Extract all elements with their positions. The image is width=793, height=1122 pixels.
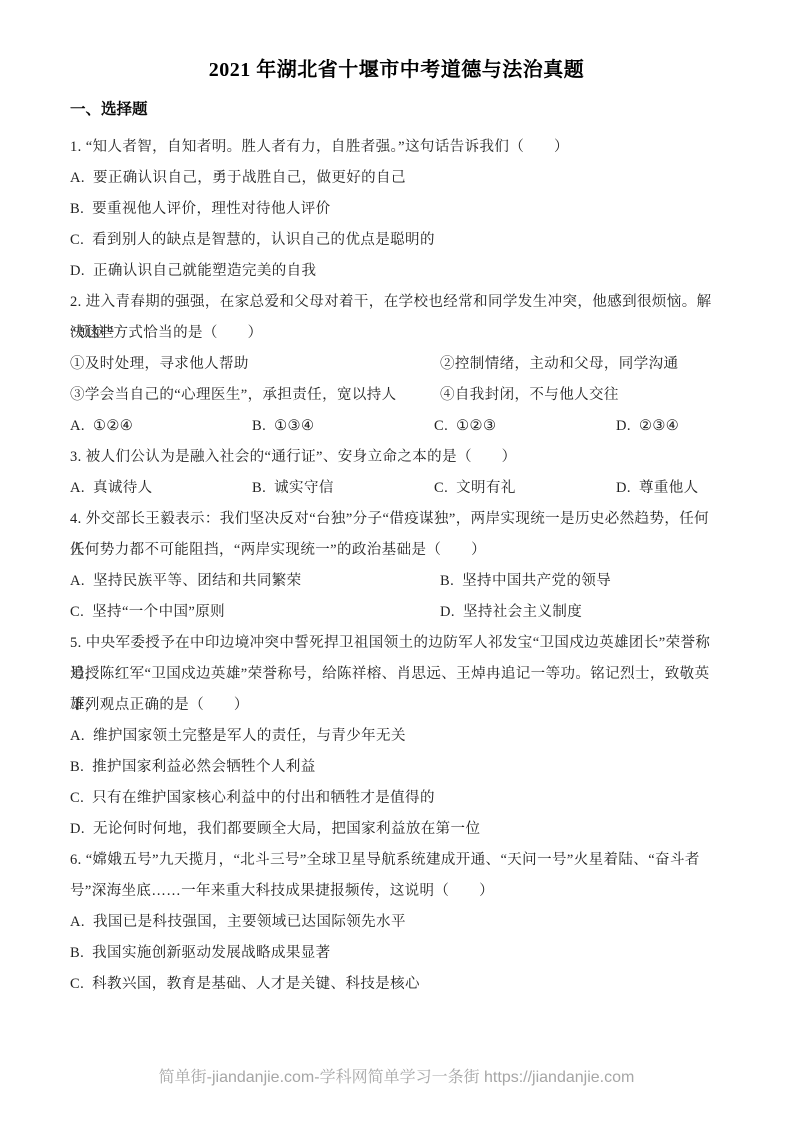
question-4-options-row-2: C. 坚持“一个中国”原则 D. 坚持社会主义制度: [70, 597, 723, 628]
question-2-stem-line-1: 2. 进入青春期的强强，在家总爱和父母对着干，在学校也经常和同学发生冲突，他感到…: [70, 287, 723, 318]
question-1-option-d: D. 正确认识自己就能塑造完美的自我: [70, 256, 723, 287]
exam-document-page: 2021 年湖北省十堰市中考道德与法治真题 一、选择题 1. “知人者智，自知者…: [0, 0, 793, 1122]
question-2-item-4: ④自我封闭，不与他人交往: [440, 380, 723, 411]
question-5-option-b: B. 推护国家利益必然会牺牲个人利益: [70, 752, 723, 783]
question-4-option-a: A. 坚持民族平等、团结和共同繁荣: [70, 566, 440, 597]
page-title: 2021 年湖北省十堰市中考道德与法治真题: [0, 0, 793, 83]
footer-watermark: 简单街-jiandanjie.com-学科网简单学习一条街 https://ji…: [0, 1066, 793, 1090]
question-2-item-3: ③学会当自己的“心理医生”，承担责任，宽以持人: [70, 380, 440, 411]
question-2-numbered-items-row-2: ③学会当自己的“心理医生”，承担责任，宽以持人 ④自我封闭，不与他人交往: [70, 380, 723, 411]
question-3-option-d: D. 尊重他人: [616, 473, 723, 504]
question-1-option-a: A. 要正确认识自己，勇于战胜自己，做更好的自己: [70, 163, 723, 194]
question-4-options-row-1: A. 坚持民族平等、团结和共同繁荣 B. 坚持中国共产党的领导: [70, 566, 723, 597]
question-1-option-b: B. 要重视他人评价，理性对待他人评价: [70, 194, 723, 225]
question-1-option-c: C. 看到别人的缺点是智慧的，认识自己的优点是聪明的: [70, 225, 723, 256]
question-1-stem: 1. “知人者智，自知者明。胜人者有力，自胜者强。”这句话告诉我们（ ）: [70, 132, 723, 163]
question-5-stem-line-1: 5. 中央军委授予在中印边境冲突中誓死捍卫祖国领土的边防军人祁发宝“卫国戍边英雄…: [70, 628, 723, 659]
question-5-option-a: A. 维护国家领土完整是军人的责任，与青少年无关: [70, 721, 723, 752]
question-3-stem: 3. 被人们公认为是融入社会的“通行证”、安身立命之本的是（ ）: [70, 442, 723, 473]
question-3-option-a: A. 真诚待人: [70, 473, 252, 504]
question-2-options-row: A. ①②④ B. ①③④ C. ①②③ D. ②③④: [70, 411, 723, 442]
question-4-option-d: D. 坚持社会主义制度: [440, 597, 723, 628]
question-6-option-c: C. 科教兴国，教育是基础、人才是关键、科技是核心: [70, 969, 723, 1000]
question-5-stem-line-2: 追授陈红军“卫国戍边英雄”荣誉称号，给陈祥榕、肖思远、王焯冉追记一等功。铭记烈士…: [70, 659, 723, 690]
question-3-options-row: A. 真诚待人 B. 诚实守信 C. 文明有礼 D. 尊重他人: [70, 473, 723, 504]
question-4-option-c: C. 坚持“一个中国”原则: [70, 597, 440, 628]
question-4-option-b: B. 坚持中国共产党的领导: [440, 566, 723, 597]
section-heading-multiple-choice: 一、选择题: [70, 99, 723, 121]
question-5-stem-line-3: 下列观点正确的是（ ）: [70, 690, 723, 721]
question-6-option-a: A. 我国已是科技强国，主要领域已达国际领先水平: [70, 907, 723, 938]
question-2-item-1: ①及时处理，寻求他人帮助: [70, 349, 440, 380]
question-2-option-c: C. ①②③: [434, 411, 616, 442]
question-6-stem-line-1: 6. “嫦娥五号”九天揽月，“北斗三号”全球卫星导航系统建成开通、“天问一号”火…: [70, 845, 723, 876]
question-5-option-d: D. 无论何时何地，我们都要顾全大局，把国家利益放在第一位: [70, 814, 723, 845]
question-2-stem-line-2: “烦恼”方式恰当的是（ ）: [70, 318, 723, 349]
question-4-stem-line-1: 4. 外交部长王毅表示：我们坚决反对“台独”分子“借疫谋独”，两岸实现统一是历史…: [70, 504, 723, 535]
question-6-stem-line-2: 号”深海坐底……一年来重大科技成果捷报频传，这说明（ ）: [70, 876, 723, 907]
question-2-option-d: D. ②③④: [616, 411, 723, 442]
question-3-option-c: C. 文明有礼: [434, 473, 616, 504]
question-2-numbered-items-row-1: ①及时处理，寻求他人帮助 ②控制情绪，主动和父母，同学沟通: [70, 349, 723, 380]
question-list: 1. “知人者智，自知者明。胜人者有力，自胜者强。”这句话告诉我们（ ） A. …: [70, 132, 723, 1000]
question-4-stem-line-2: 任何势力都不可能阻挡，“两岸实现统一”的政治基础是（ ）: [70, 535, 723, 566]
question-5-option-c: C. 只有在维护国家核心利益中的付出和牺牲才是值得的: [70, 783, 723, 814]
question-2-option-a: A. ①②④: [70, 411, 252, 442]
question-3-option-b: B. 诚实守信: [252, 473, 434, 504]
question-6-option-b: B. 我国实施创新驱动发展战略成果显著: [70, 938, 723, 969]
question-2-option-b: B. ①③④: [252, 411, 434, 442]
question-2-item-2: ②控制情绪，主动和父母，同学沟通: [440, 349, 723, 380]
